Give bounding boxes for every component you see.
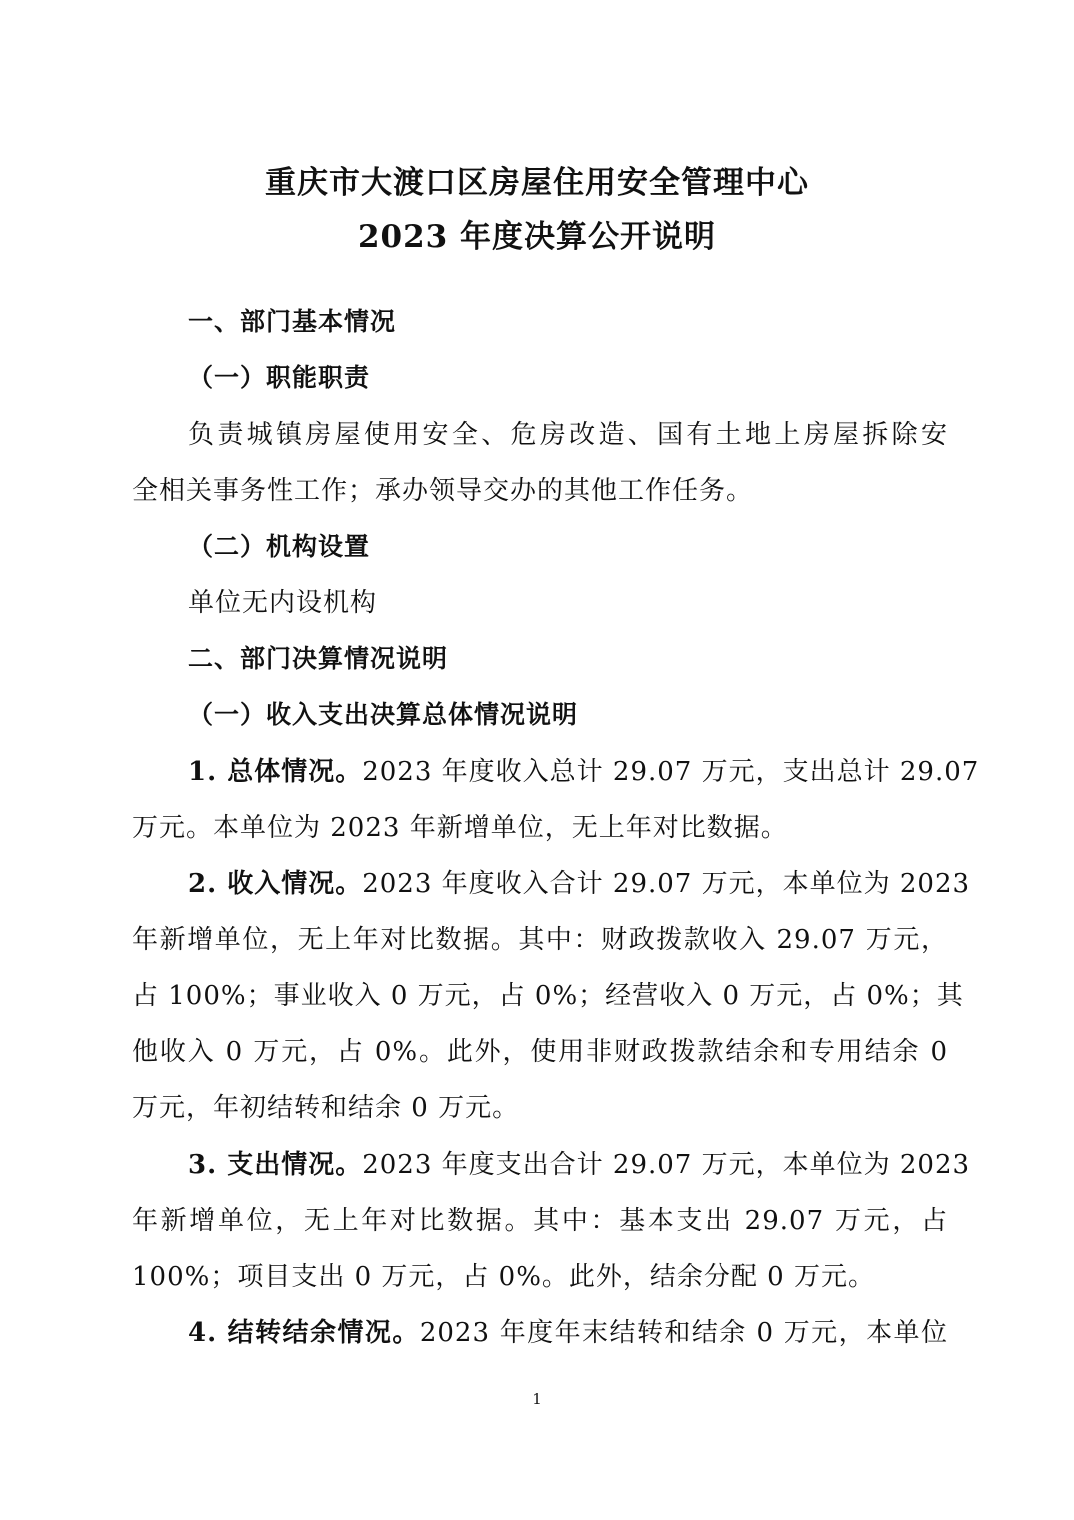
subsection-heading-overview: （一）收入支出决算总体情况说明	[188, 698, 948, 732]
para-income-lead: 2. 收入情况。	[188, 869, 362, 899]
document-subtitle: 2023 年度决算公开说明	[0, 211, 1074, 256]
para-expense-line-3: 100%；项目支出 0 万元，占 0%。此外，结余分配 0 万元。	[132, 1260, 948, 1294]
para-expense-line-1: 3. 支出情况。2023 年度支出合计 29.07 万元，本单位为 2023	[188, 1148, 948, 1182]
document-title: 重庆市大渡口区房屋住用安全管理中心	[0, 157, 1074, 202]
page-number: 1	[0, 1390, 1074, 1408]
subsection-heading-duties: （一）职能职责	[188, 361, 948, 395]
duties-text-line-2: 全相关事务性工作；承办领导交办的其他工作任务。	[132, 474, 948, 508]
para-overall-lead: 1. 总体情况。	[188, 757, 362, 787]
para-overall-line-1: 1. 总体情况。2023 年度收入总计 29.07 万元，支出总计 29.07	[188, 755, 948, 789]
para-income-line-2: 年新增单位，无上年对比数据。其中：财政拨款收入 29.07 万元，	[132, 923, 948, 957]
para-overall-line-2: 万元。本单位为 2023 年新增单位，无上年对比数据。	[132, 811, 948, 845]
para-income-line-5: 万元，年初结转和结余 0 万元。	[132, 1091, 948, 1125]
para-carryover-line-1: 4. 结转结余情况。2023 年度年末结转和结余 0 万元，本单位	[188, 1316, 948, 1350]
para-income-line-4: 他收入 0 万元，占 0%。此外，使用非财政拨款结余和专用结余 0	[132, 1035, 948, 1069]
para-carryover-lead: 4. 结转结余情况。	[188, 1318, 420, 1348]
para-expense-line-2: 年新增单位，无上年对比数据。其中：基本支出 29.07 万元，占	[132, 1204, 948, 1238]
document-page: 重庆市大渡口区房屋住用安全管理中心 2023 年度决算公开说明 一、部门基本情况…	[0, 0, 1074, 1520]
para-expense-lead: 3. 支出情况。	[188, 1150, 362, 1180]
section-heading-2: 二、部门决算情况说明	[188, 642, 948, 676]
duties-text-line-1: 负责城镇房屋使用安全、危房改造、国有土地上房屋拆除安	[188, 418, 948, 452]
para-income-line-1: 2. 收入情况。2023 年度收入合计 29.07 万元，本单位为 2023	[188, 867, 948, 901]
section-heading-1: 一、部门基本情况	[188, 305, 948, 339]
para-income-line-3: 占 100%；事业收入 0 万元，占 0%；经营收入 0 万元，占 0%；其	[132, 979, 948, 1013]
subsection-heading-structure: （二）机构设置	[188, 530, 948, 564]
structure-text: 单位无内设机构	[188, 586, 948, 620]
